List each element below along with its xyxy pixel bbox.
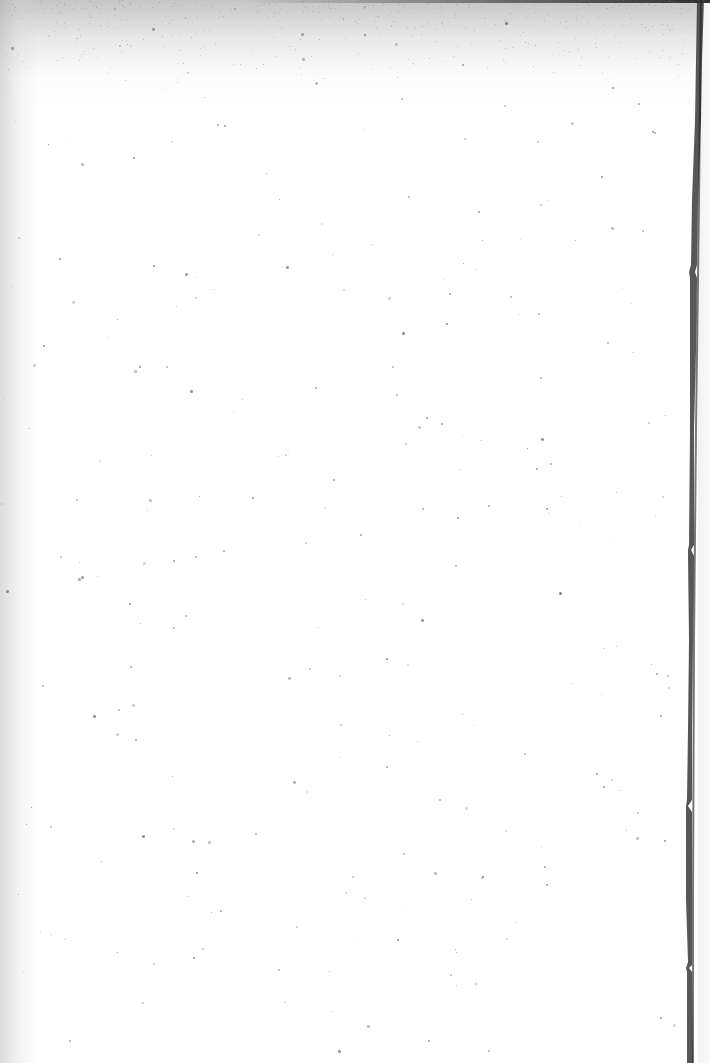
- book-spine-line: [0, 0, 710, 1063]
- blank-page: [0, 0, 710, 1063]
